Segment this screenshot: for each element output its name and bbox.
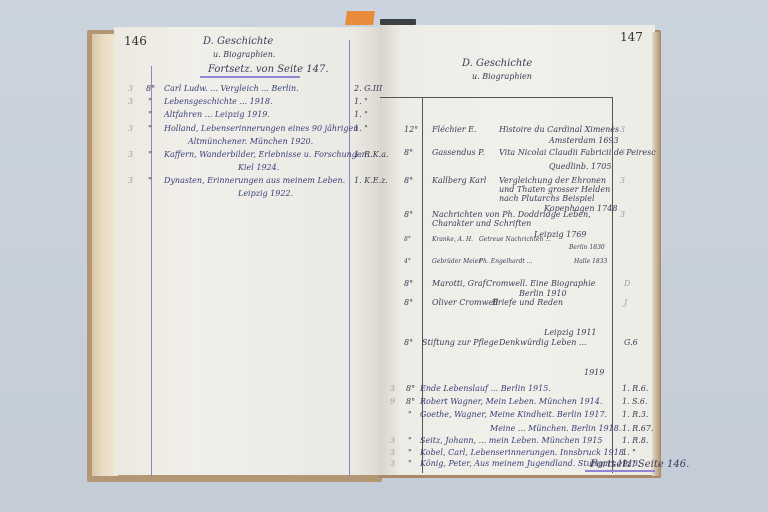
left-page bbox=[114, 27, 380, 475]
carry-forward-right: Fortsetz. Seite 146. bbox=[590, 459, 689, 470]
heading-1-left: D. Geschichte bbox=[203, 36, 273, 47]
black-ribbon bbox=[380, 19, 416, 25]
page-number-left: 146 bbox=[124, 34, 147, 48]
heading-2-right: u. Biographien bbox=[472, 72, 532, 81]
heading-1-right: D. Geschichte bbox=[462, 58, 532, 69]
heading-2-left: u. Biographien. bbox=[213, 50, 275, 59]
violet-underline bbox=[585, 470, 655, 472]
page-edges-right bbox=[652, 32, 660, 476]
rule-right-margin bbox=[349, 40, 350, 476]
page-number-right: 147 bbox=[620, 30, 643, 44]
orange-bookmark bbox=[345, 11, 375, 25]
carry-over-left: Fortsetz. von Seite 147. bbox=[208, 64, 329, 75]
violet-underline bbox=[200, 76, 300, 78]
table-top-rule bbox=[380, 97, 612, 98]
